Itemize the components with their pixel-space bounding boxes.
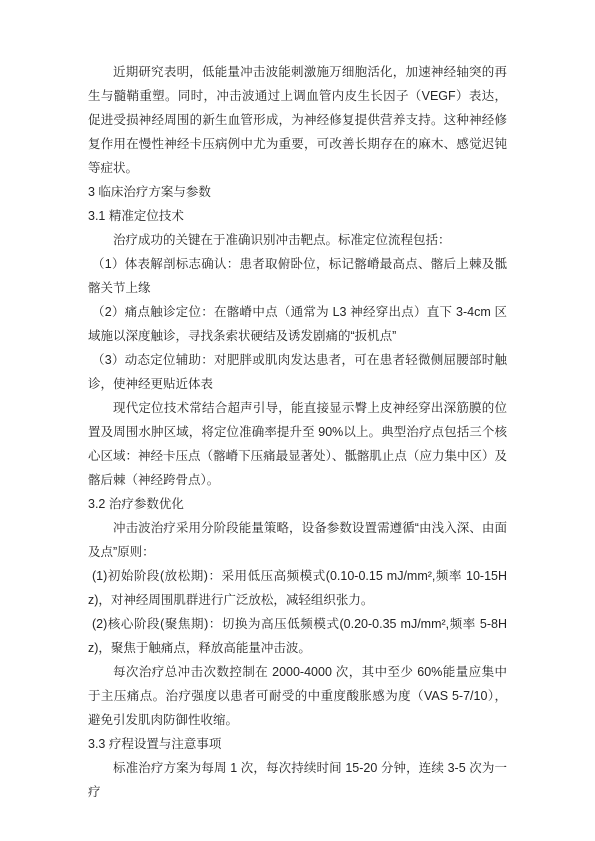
section-heading: 3.1 精准定位技术 (88, 204, 507, 228)
numbered-item: （3）动态定位辅助：对肥胖或肌肉发达患者，可在患者轻微侧屈腰部时触诊，使神经更贴… (88, 348, 507, 396)
section-heading: 3.3 疗程设置与注意事项 (88, 732, 507, 756)
section-heading: 3 临床治疗方案与参数 (88, 180, 507, 204)
numbered-item: (2)核心阶段(聚焦期)：切换为高压低频模式(0.20-0.35 mJ/mm²,… (88, 612, 507, 660)
section-heading: 3.2 治疗参数优化 (88, 492, 507, 516)
paragraph: 近期研究表明，低能量冲击波能刺激施万细胞活化，加速神经轴突的再生与髓鞘重塑。同时… (88, 60, 507, 180)
paragraph: 标准治疗方案为每周 1 次，每次持续时间 15-20 分钟，连续 3-5 次为一… (88, 756, 507, 804)
paragraph: 治疗成功的关键在于准确识别冲击靶点。标准定位流程包括： (88, 228, 507, 252)
paragraph: 现代定位技术常结合超声引导，能直接显示臀上皮神经穿出深筋膜的位置及周围水肿区域，… (88, 396, 507, 492)
numbered-item: （2）痛点触诊定位：在髂嵴中点（通常为 L3 神经穿出点）直下 3-4cm 区域… (88, 300, 507, 348)
numbered-item: （1）体表解剖标志确认：患者取俯卧位，标记髂嵴最高点、髂后上棘及骶髂关节上缘 (88, 252, 507, 300)
document-page: 近期研究表明，低能量冲击波能刺激施万细胞活化，加速神经轴突的再生与髓鞘重塑。同时… (0, 0, 595, 841)
numbered-item: (1)初始阶段(放松期)：采用低压高频模式(0.10-0.15 mJ/mm²,频… (88, 564, 507, 612)
paragraph: 每次治疗总冲击次数控制在 2000-4000 次，其中至少 60%能量应集中于主… (88, 660, 507, 732)
paragraph: 冲击波治疗采用分阶段能量策略，设备参数设置需遵循“由浅入深、由面及点”原则： (88, 516, 507, 564)
